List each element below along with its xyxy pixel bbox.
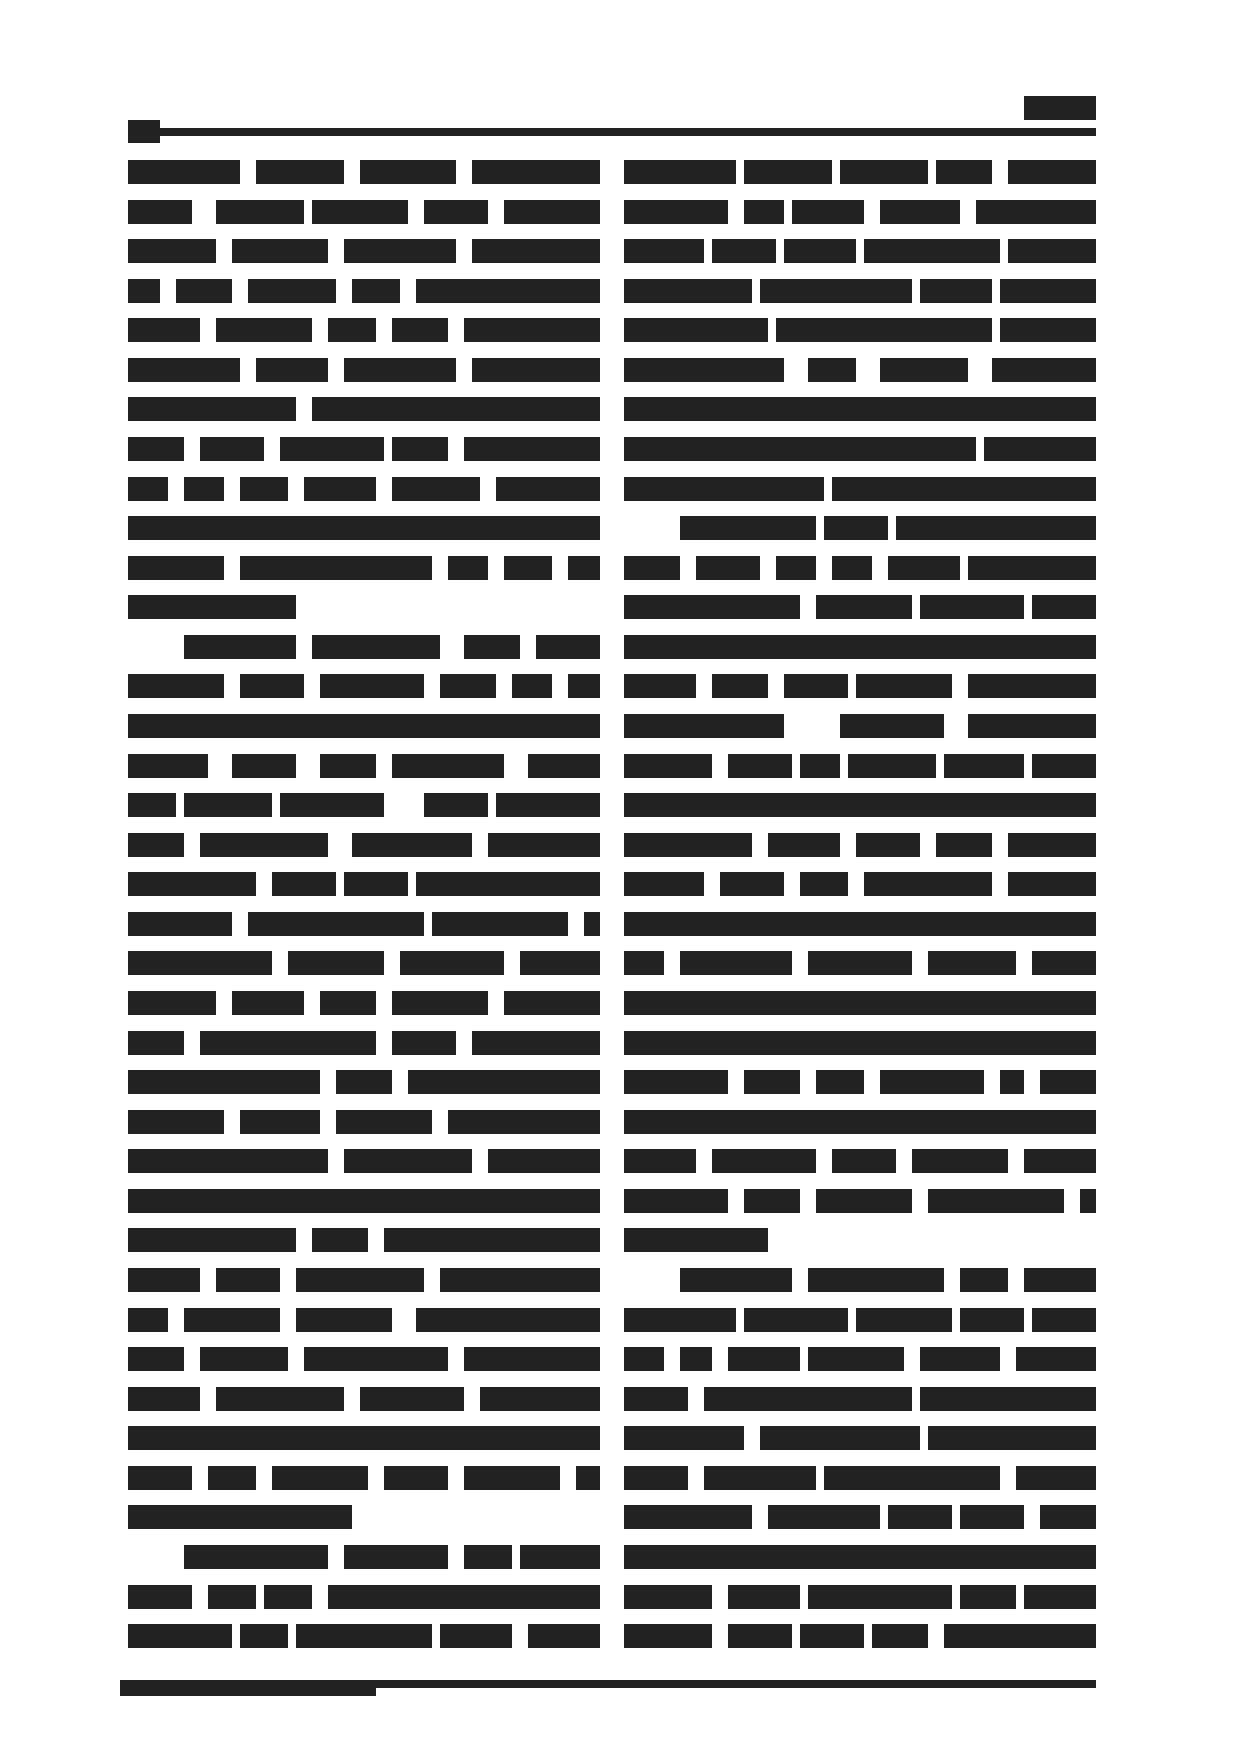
redacted-word — [808, 1347, 904, 1371]
redacted-word — [344, 1545, 448, 1569]
redacted-word — [128, 833, 184, 857]
redacted-word — [808, 951, 912, 975]
redacted-word — [928, 1189, 1064, 1213]
redacted-word — [1000, 279, 1096, 303]
redacted-word — [440, 674, 496, 698]
redacted-word — [448, 1110, 600, 1134]
redacted-word — [920, 1387, 1096, 1411]
text-line — [128, 200, 600, 224]
redacted-word — [504, 556, 552, 580]
redacted-word — [128, 793, 176, 817]
redacted-word — [1024, 1149, 1096, 1173]
redacted-word — [200, 1347, 288, 1371]
redacted-word — [704, 1387, 912, 1411]
redacted-word — [352, 279, 400, 303]
redacted-word — [128, 1189, 600, 1213]
redacted-word — [496, 477, 600, 501]
redacted-word — [744, 160, 832, 184]
redacted-word — [1000, 318, 1096, 342]
text-line — [624, 1624, 1096, 1648]
redacted-word — [968, 674, 1096, 698]
redacted-word — [296, 1308, 392, 1332]
redacted-word — [256, 358, 328, 382]
redacted-word — [920, 279, 992, 303]
redacted-word — [128, 1268, 200, 1292]
redacted-word — [128, 1149, 328, 1173]
redacted-word — [568, 674, 600, 698]
redacted-word — [1032, 754, 1096, 778]
redacted-word — [128, 200, 192, 224]
redacted-word — [1032, 951, 1096, 975]
redacted-word — [464, 1545, 512, 1569]
redacted-word — [272, 1466, 368, 1490]
redacted-word — [624, 674, 696, 698]
redacted-word — [344, 1149, 472, 1173]
text-line — [128, 239, 600, 263]
redacted-word — [680, 1268, 792, 1292]
redacted-word — [536, 239, 600, 263]
redacted-word — [200, 437, 264, 461]
redacted-word — [440, 1624, 512, 1648]
redacted-word — [352, 833, 472, 857]
redacted-word — [480, 1387, 600, 1411]
redacted-word — [128, 477, 168, 501]
text-line — [624, 1308, 1096, 1332]
text-line — [128, 1347, 600, 1371]
redacted-word — [1024, 1585, 1096, 1609]
paragraph-first-line — [128, 1545, 600, 1569]
page-number — [128, 120, 160, 143]
redacted-word — [960, 1268, 1008, 1292]
redacted-word — [624, 358, 784, 382]
redacted-word — [432, 912, 568, 936]
paragraph-last-line — [128, 595, 600, 619]
text-line — [624, 714, 1096, 738]
redacted-word — [488, 833, 600, 857]
redacted-word — [800, 872, 848, 896]
redacted-word — [216, 200, 304, 224]
redacted-word — [128, 1624, 232, 1648]
redacted-word — [624, 635, 1096, 659]
redacted-word — [392, 477, 480, 501]
redacted-word — [968, 556, 1096, 580]
text-line — [128, 872, 600, 896]
text-line — [624, 1070, 1096, 1094]
redacted-word — [1008, 872, 1096, 896]
redacted-word — [808, 1268, 944, 1292]
redacted-word — [128, 872, 256, 896]
text-line — [624, 991, 1096, 1015]
text-line — [128, 1387, 600, 1411]
redacted-word — [840, 714, 944, 738]
redacted-word — [304, 477, 376, 501]
text-line — [624, 1149, 1096, 1173]
text-line — [624, 1347, 1096, 1371]
redacted-word — [1008, 160, 1096, 184]
redacted-word — [680, 516, 816, 540]
redacted-word — [504, 200, 600, 224]
redacted-word — [800, 754, 840, 778]
redacted-word — [984, 437, 1096, 461]
redacted-word — [128, 160, 240, 184]
redacted-word — [528, 1624, 600, 1648]
redacted-word — [240, 477, 288, 501]
text-line — [128, 516, 600, 540]
redacted-word — [328, 318, 376, 342]
redacted-word — [128, 754, 208, 778]
redacted-word — [976, 200, 1096, 224]
text-line — [624, 833, 1096, 857]
redacted-word — [256, 160, 344, 184]
text-line — [128, 1585, 600, 1609]
redacted-word — [624, 1110, 1096, 1134]
redacted-word — [240, 1624, 288, 1648]
redacted-word — [624, 1228, 768, 1252]
text-line — [624, 358, 1096, 382]
redacted-word — [128, 1031, 184, 1055]
redacted-word — [792, 200, 864, 224]
text-line — [128, 1070, 600, 1094]
redacted-word — [128, 1070, 320, 1094]
redacted-word — [624, 556, 680, 580]
text-line — [128, 477, 600, 501]
redacted-word — [184, 1308, 280, 1332]
redacted-word — [624, 1189, 728, 1213]
text-line — [128, 991, 600, 1015]
redacted-word — [624, 1070, 728, 1094]
redacted-word — [248, 912, 424, 936]
redacted-word — [416, 872, 600, 896]
redacted-word — [624, 912, 1096, 936]
redacted-word — [800, 1624, 864, 1648]
redacted-word — [928, 1426, 1096, 1450]
redacted-word — [1080, 1189, 1096, 1213]
redacted-word — [704, 1466, 816, 1490]
text-line — [128, 397, 600, 421]
redacted-word — [744, 1070, 800, 1094]
redacted-word — [624, 714, 784, 738]
redacted-word — [624, 793, 1096, 817]
redacted-word — [304, 793, 384, 817]
redacted-word — [960, 1505, 1024, 1529]
redacted-word — [784, 674, 848, 698]
redacted-word — [288, 951, 384, 975]
redacted-word — [760, 279, 912, 303]
redacted-word — [624, 991, 1096, 1015]
redacted-word — [312, 200, 408, 224]
redacted-word — [472, 1031, 600, 1055]
text-line — [624, 674, 1096, 698]
redacted-word — [760, 1426, 920, 1450]
text-line — [128, 437, 600, 461]
redacted-word — [128, 1505, 352, 1529]
text-line — [128, 1624, 600, 1648]
redacted-word — [808, 1585, 952, 1609]
text-line — [624, 754, 1096, 778]
redacted-word — [384, 1466, 448, 1490]
redacted-word — [832, 556, 872, 580]
redacted-word — [624, 1624, 712, 1648]
redacted-word — [624, 1308, 736, 1332]
redacted-word — [312, 397, 600, 421]
text-line — [624, 1585, 1096, 1609]
text-line — [128, 1031, 600, 1055]
redacted-word — [896, 516, 1096, 540]
redacted-word — [520, 951, 600, 975]
redacted-word — [888, 1505, 952, 1529]
redacted-word — [344, 239, 456, 263]
text-line — [128, 279, 600, 303]
redacted-word — [464, 635, 520, 659]
redacted-word — [128, 358, 240, 382]
redacted-word — [696, 556, 760, 580]
redacted-word — [184, 793, 272, 817]
redacted-word — [568, 556, 600, 580]
redacted-word — [832, 1149, 896, 1173]
redacted-word — [128, 516, 600, 540]
redacted-word — [624, 754, 712, 778]
redacted-word — [712, 674, 768, 698]
redacted-word — [424, 200, 488, 224]
text-line — [128, 912, 600, 936]
redacted-word — [128, 991, 216, 1015]
redacted-word — [624, 397, 1096, 421]
redacted-word — [624, 833, 752, 857]
redacted-word — [1000, 1070, 1024, 1094]
redacted-word — [216, 1387, 344, 1411]
redacted-word — [856, 674, 952, 698]
redacted-word — [624, 437, 976, 461]
text-line — [624, 912, 1096, 936]
redacted-word — [128, 1466, 192, 1490]
redacted-word — [816, 595, 912, 619]
redacted-word — [784, 239, 856, 263]
redacted-word — [728, 754, 792, 778]
redacted-word — [464, 437, 600, 461]
redacted-word — [312, 635, 440, 659]
redacted-word — [832, 477, 1096, 501]
text-line — [128, 1426, 600, 1450]
redacted-word — [336, 1070, 392, 1094]
redacted-word — [816, 1189, 912, 1213]
text-line — [128, 160, 600, 184]
redacted-word — [320, 674, 424, 698]
text-line — [624, 1505, 1096, 1529]
redacted-word — [336, 1110, 432, 1134]
redacted-word — [232, 239, 328, 263]
redacted-word — [304, 1347, 448, 1371]
redacted-word — [392, 1031, 456, 1055]
redacted-word — [392, 991, 488, 1015]
redacted-word — [624, 477, 824, 501]
redacted-word — [880, 1070, 984, 1094]
redacted-word — [312, 1228, 368, 1252]
redacted-word — [464, 1466, 560, 1490]
redacted-word — [472, 160, 600, 184]
text-line — [624, 635, 1096, 659]
redacted-word — [624, 1031, 1096, 1055]
redacted-word — [824, 516, 888, 540]
redacted-word — [768, 833, 840, 857]
redacted-word — [184, 1545, 328, 1569]
footer-rule — [376, 1680, 1096, 1688]
redacted-word — [776, 318, 992, 342]
redacted-word — [128, 1308, 168, 1332]
redacted-word — [520, 1545, 600, 1569]
redacted-word — [920, 1347, 1000, 1371]
redacted-word — [1016, 1347, 1096, 1371]
running-title — [1024, 96, 1096, 120]
redacted-word — [416, 279, 600, 303]
redacted-word — [128, 1347, 184, 1371]
redacted-word — [960, 1308, 1024, 1332]
redacted-word — [840, 160, 928, 184]
redacted-word — [472, 239, 536, 263]
redacted-word — [880, 358, 968, 382]
text-line — [128, 714, 600, 738]
text-line — [624, 1110, 1096, 1134]
redacted-word — [728, 1347, 800, 1371]
redacted-word — [248, 279, 336, 303]
redacted-word — [280, 437, 384, 461]
redacted-word — [744, 200, 784, 224]
text-line — [624, 793, 1096, 817]
text-line — [624, 1426, 1096, 1450]
redacted-word — [624, 160, 736, 184]
text-line — [624, 1189, 1096, 1213]
redacted-word — [360, 1387, 464, 1411]
redacted-word — [624, 279, 752, 303]
text-line — [624, 239, 1096, 263]
redacted-word — [184, 635, 296, 659]
redacted-word — [176, 279, 232, 303]
redacted-word — [1016, 1466, 1096, 1490]
redacted-word — [128, 1228, 296, 1252]
redacted-word — [128, 437, 184, 461]
redacted-word — [296, 1624, 432, 1648]
text-line — [128, 358, 600, 382]
redacted-word — [744, 1189, 800, 1213]
redacted-word — [1032, 595, 1096, 619]
redacted-word — [240, 1110, 320, 1134]
redacted-word — [872, 1624, 928, 1648]
redacted-word — [936, 160, 992, 184]
text-line — [128, 951, 600, 975]
redacted-word — [200, 1031, 376, 1055]
paragraph-first-line — [624, 516, 1096, 540]
text-line — [624, 1387, 1096, 1411]
redacted-word — [624, 872, 704, 896]
text-line — [128, 1466, 600, 1490]
redacted-word — [496, 793, 600, 817]
redacted-word — [128, 951, 272, 975]
redacted-word — [624, 200, 728, 224]
text-line — [128, 1228, 600, 1252]
text-line — [624, 279, 1096, 303]
redacted-word — [488, 1149, 600, 1173]
redacted-word — [232, 754, 296, 778]
paragraph-first-line — [128, 635, 600, 659]
text-line — [624, 437, 1096, 461]
redacted-word — [320, 991, 376, 1015]
redacted-word — [128, 556, 224, 580]
text-line — [624, 1545, 1096, 1569]
text-line — [624, 477, 1096, 501]
redacted-word — [128, 1426, 600, 1450]
redacted-word — [208, 1466, 256, 1490]
redacted-word — [272, 872, 336, 896]
text-line — [128, 1110, 600, 1134]
redacted-word — [624, 951, 664, 975]
text-line — [128, 754, 600, 778]
redacted-word — [624, 1466, 688, 1490]
redacted-word — [128, 1585, 192, 1609]
redacted-word — [712, 1149, 816, 1173]
redacted-word — [824, 1466, 1000, 1490]
header-rule — [160, 128, 1096, 136]
redacted-word — [128, 279, 160, 303]
redacted-word — [200, 833, 328, 857]
redacted-word — [504, 991, 600, 1015]
redacted-word — [400, 951, 504, 975]
redacted-word — [680, 951, 792, 975]
redacted-word — [1040, 1505, 1096, 1529]
redacted-word — [128, 1387, 200, 1411]
redacted-word — [464, 318, 600, 342]
redacted-word — [216, 318, 312, 342]
text-line — [128, 1308, 600, 1332]
text-line — [128, 1149, 600, 1173]
redacted-word — [584, 912, 600, 936]
redacted-word — [624, 595, 800, 619]
redacted-word — [856, 1308, 952, 1332]
redacted-word — [816, 1070, 864, 1094]
redacted-word — [296, 1268, 424, 1292]
redacted-word — [328, 1585, 600, 1609]
text-line — [128, 556, 600, 580]
paragraph-last-line — [128, 1505, 600, 1529]
redacted-word — [392, 754, 504, 778]
redacted-word — [992, 358, 1096, 382]
redacted-word — [728, 1585, 800, 1609]
redacted-word — [528, 754, 600, 778]
redacted-word — [960, 1585, 1016, 1609]
redacted-word — [936, 833, 992, 857]
redacted-word — [360, 160, 456, 184]
redacted-word — [888, 556, 960, 580]
text-line — [128, 833, 600, 857]
redacted-word — [1032, 1308, 1096, 1332]
redacted-word — [128, 674, 224, 698]
redacted-word — [680, 1347, 712, 1371]
text-line — [624, 872, 1096, 896]
redacted-word — [720, 872, 784, 896]
redacted-word — [184, 477, 224, 501]
text-line — [624, 397, 1096, 421]
redacted-word — [128, 397, 296, 421]
redacted-word — [1040, 1070, 1096, 1094]
redacted-word — [128, 1110, 224, 1134]
text-line — [624, 595, 1096, 619]
text-line — [128, 793, 600, 817]
redacted-word — [576, 1466, 600, 1490]
redacted-word — [864, 239, 1000, 263]
redacted-word — [392, 437, 448, 461]
redacted-word — [240, 556, 432, 580]
redacted-word — [464, 1347, 600, 1371]
redacted-word — [128, 912, 232, 936]
redacted-word — [968, 714, 1096, 738]
